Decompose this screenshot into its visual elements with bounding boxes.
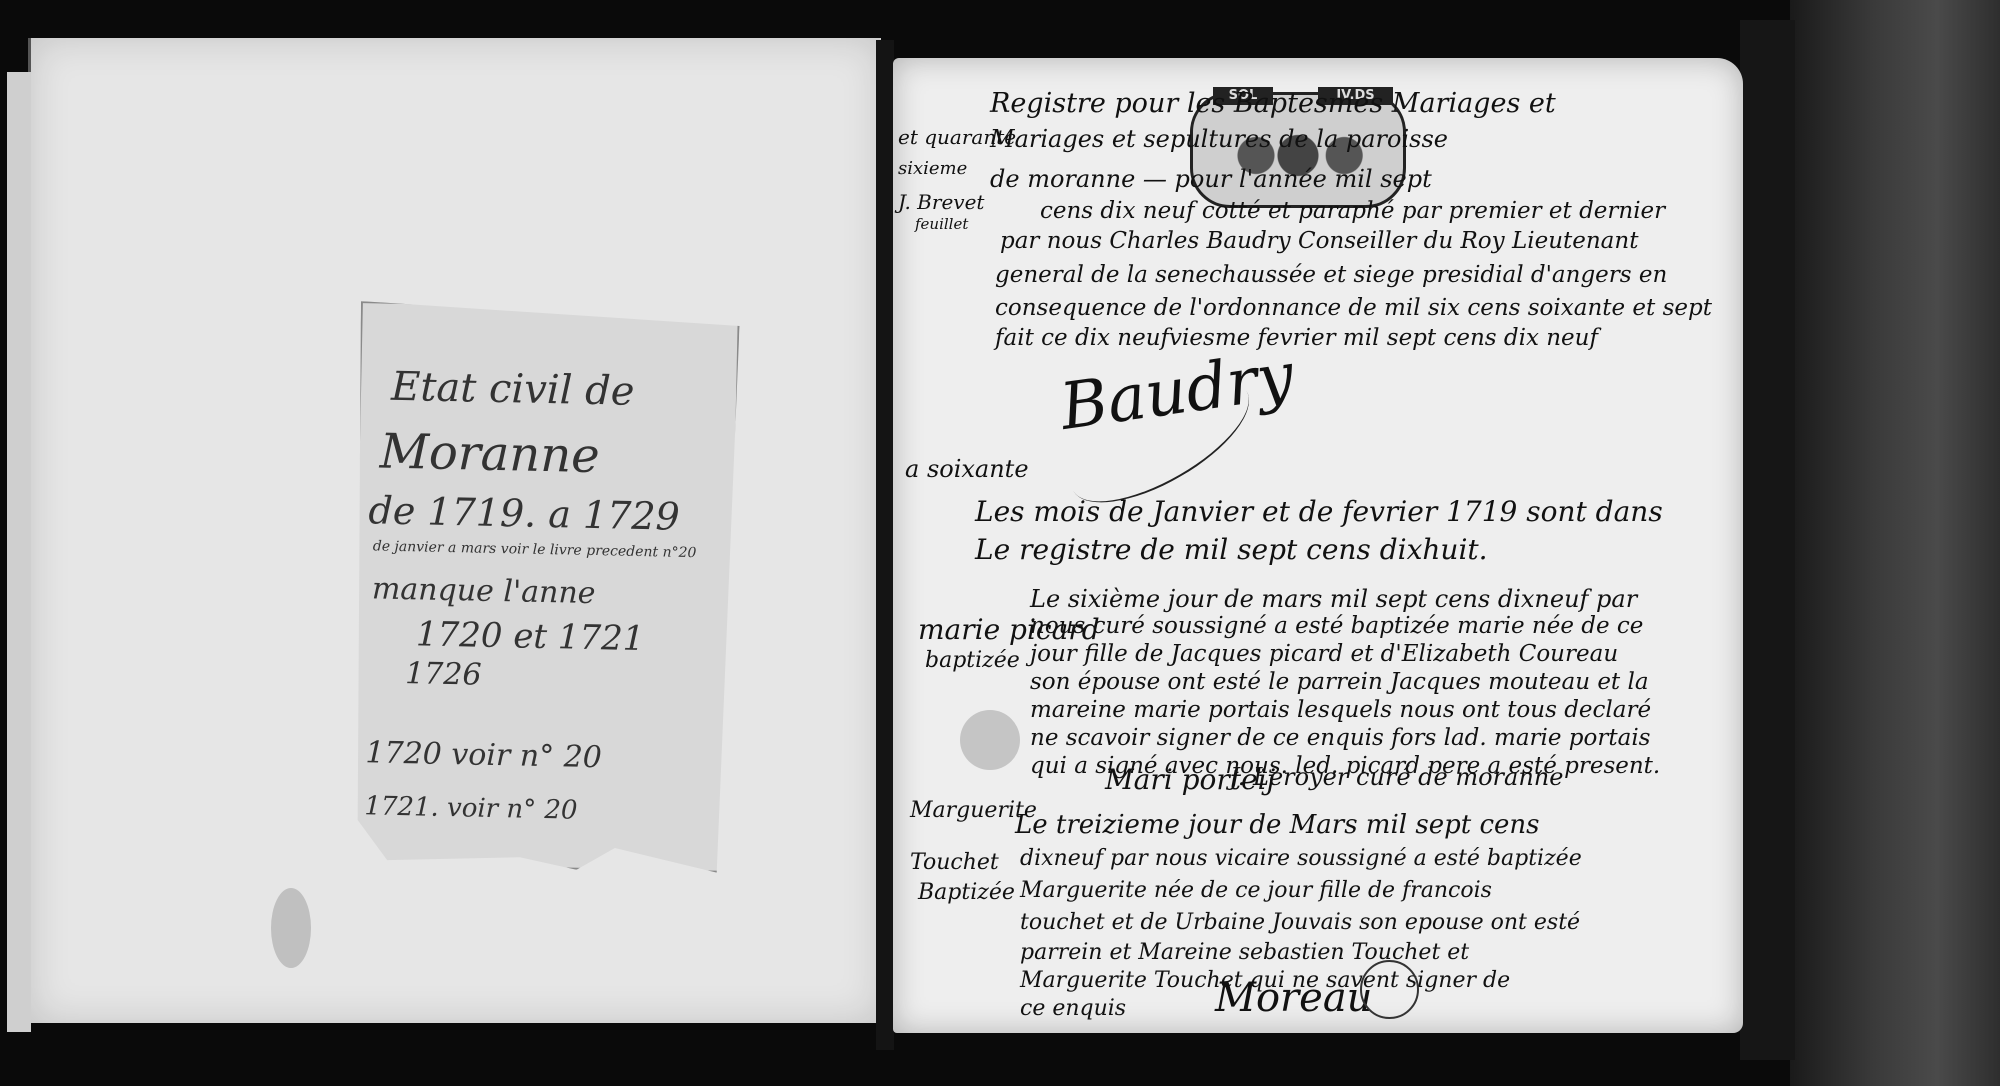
margin-status: Baptizée: [918, 880, 1015, 905]
notice-line: Les mois de Janvier et de fevrier 1719 s…: [975, 495, 1663, 528]
entry-line: parrein et Mareine sebastien Touchet et: [1020, 940, 1469, 965]
entry-line: Marguerite née de ce jour fille de franc…: [1020, 878, 1492, 903]
margin-status: baptizée: [925, 648, 1020, 673]
entry-line: Le sixième jour de mars mil sept cens di…: [1030, 585, 1637, 613]
entry-line: son épouse ont esté le parrein Jacques m…: [1030, 669, 1649, 695]
entry-line: touchet et de Urbaine Jouvais son epouse…: [1020, 910, 1580, 935]
margin-note: feuillet: [915, 215, 968, 233]
note-title: Etat civil de: [391, 364, 635, 415]
header-line: par nous Charles Baudry Conseiller du Ro…: [1000, 228, 1638, 254]
entry-line: dixneuf par nous vicaire soussigné a est…: [1020, 846, 1582, 871]
notice-line: Le registre de mil sept cens dixhuit.: [975, 533, 1488, 566]
entry-line: ce enquis: [1020, 996, 1126, 1021]
signature-touchet-entry: Moreau: [1215, 975, 1372, 1021]
note-see-previous: de janvier a mars voir le livre preceden…: [373, 538, 697, 561]
margin-note: sixieme: [898, 158, 967, 179]
scanner-backdrop: [1790, 0, 2000, 1086]
header-line: consequence de l'ordonnance de mil six c…: [995, 295, 1712, 321]
header-line: Registre pour les Baptesmes Mariages et: [990, 88, 1556, 119]
margin-name: Touchet: [910, 850, 999, 875]
header-line: Mariages et sepultures de la paroisse: [990, 125, 1448, 153]
header-line: cens dix neuf cotté et paraphé par premi…: [1040, 198, 1665, 224]
note-missing: manque l'anne: [372, 571, 596, 611]
paraph-mark: [1360, 960, 1419, 1019]
inserted-note-card: Etat civil de Moranne de 1719. a 1729 de…: [349, 301, 740, 873]
margin-note: J. Brevet: [898, 190, 984, 214]
note-1721-ref: 1721. voir n° 20: [364, 791, 578, 825]
entry-line: Le treizieme jour de Mars mil sept cens: [1015, 810, 1539, 840]
signature-leroyer: J. Leroyer curé de moranne: [1230, 763, 1563, 791]
margin-note: a soixante: [905, 455, 1029, 483]
note-year-1726: 1726: [405, 656, 482, 693]
header-line: fait ce dix neufviesme fevrier mil sept …: [995, 325, 1598, 351]
entry-line: nous curé soussigné a esté baptizée mari…: [1030, 613, 1643, 639]
header-line: de moranne — pour l'année mil sept: [990, 165, 1432, 193]
book-cover-edge: [1740, 20, 1795, 1060]
note-years: 1720 et 1721: [416, 614, 645, 659]
entry-line: ne scavoir signer de ce enquis fors lad.…: [1030, 725, 1650, 751]
note-date-range: de 1719. a 1729: [368, 488, 680, 539]
entry-line: mareine marie portais lesquels nous ont …: [1030, 697, 1651, 723]
book-gutter: [876, 40, 894, 1050]
note-place: Moranne: [379, 424, 600, 485]
note-1720-ref: 1720 voir n° 20: [365, 735, 602, 775]
entry-line: jour fille de Jacques picard et d'Elizab…: [1030, 641, 1618, 667]
page-stain: [271, 888, 311, 968]
ink-stain: [960, 710, 1020, 770]
header-line: general de la senechaussée et siege pres…: [995, 262, 1667, 288]
